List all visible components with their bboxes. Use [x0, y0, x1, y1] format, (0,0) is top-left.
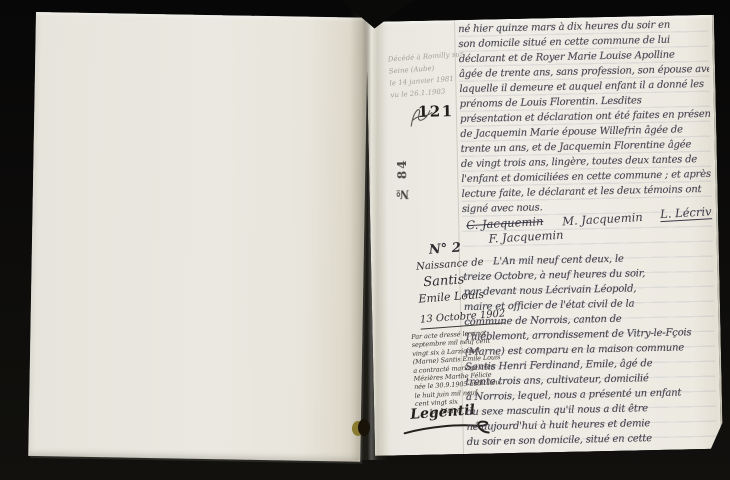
binding-hole — [352, 418, 371, 439]
act1-signature-row-2: F. Jacquemin — [462, 228, 712, 249]
signature: F. Jacquemin — [488, 228, 564, 246]
act2-text: L'An mil neuf cent deux, letreize Octobr… — [463, 250, 717, 450]
right-manuscript-page: Décédé à Romilly surSeine (Aube)le 14 ja… — [366, 15, 723, 456]
act1-text: né hier quinze mars à dix heures du soir… — [458, 17, 712, 217]
hole-center — [358, 419, 370, 436]
register-scan-photograph: Décédé à Romilly surSeine (Aube)le 14 ja… — [0, 0, 730, 480]
death-margin-note: Décédé à Romilly surSeine (Aube)le 14 ja… — [387, 48, 466, 101]
page-number-stamp: 121 — [418, 102, 454, 121]
signature: M. Jacquemin — [562, 210, 643, 228]
left-blank-page — [28, 12, 368, 462]
act-number-stamp: № 84 — [394, 127, 410, 201]
signature: L. Lécrivain — [660, 203, 717, 221]
act-text-column: né hier quinze mars à dix heures du soir… — [458, 17, 717, 450]
